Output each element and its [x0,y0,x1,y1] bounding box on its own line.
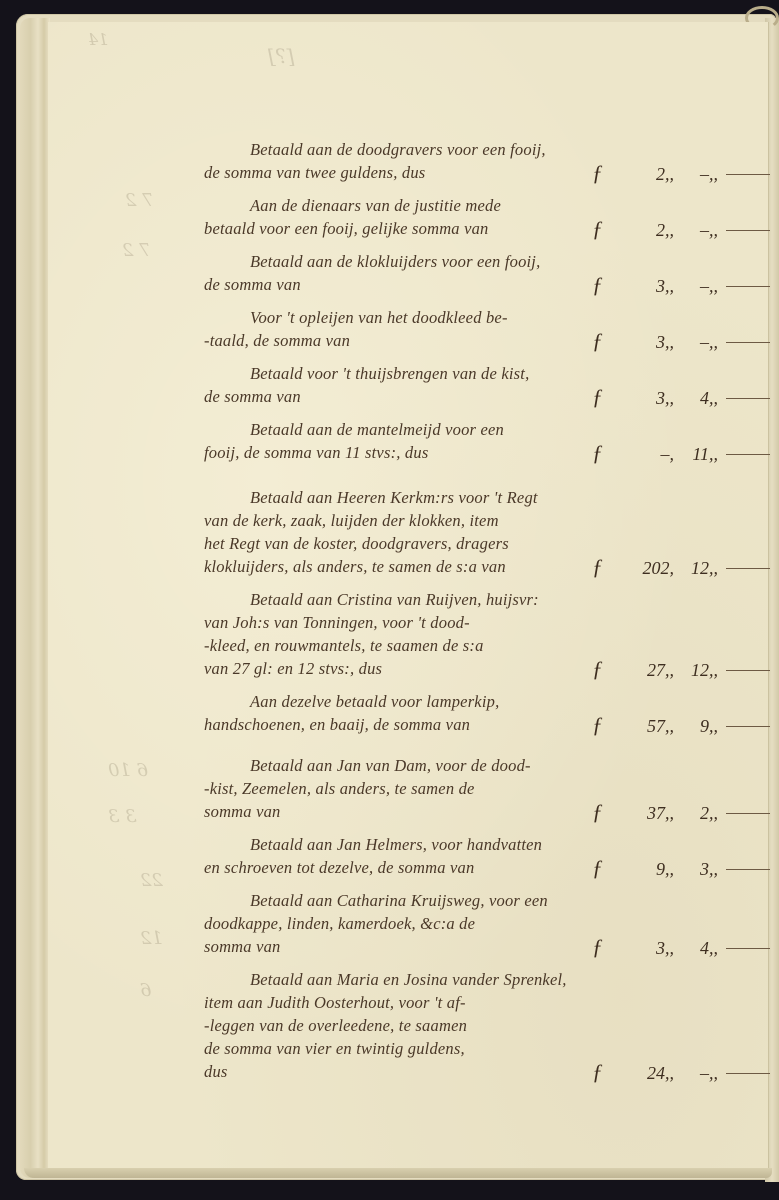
entry-amount: ƒ 3,, 4,, [592,934,770,960]
entry-line: Betaald aan de doodgravers voor een fooi… [200,138,760,161]
amount-guilders: –, [628,444,674,465]
ghost-mark: 7 2 [122,240,151,261]
entry-amount: ƒ 37,, 2,, [592,799,770,825]
amount-rule [726,230,770,231]
amount-guilders: 3,, [628,938,674,959]
amount-stuivers: 3,, [674,859,718,880]
florin-sign: ƒ [592,799,628,825]
entry-line: Betaald aan Jan van Dam, voor de dood- [200,754,760,777]
entry-line: Voor 't opleijen van het doodkleed be- [200,306,760,329]
entry-line: van Joh:s van Tonningen, voor 't dood- [200,611,760,634]
amount-guilders: 2,, [628,164,674,185]
florin-sign: ƒ [592,440,628,466]
amount-guilders: 202, [628,558,674,579]
page-bottom-edge [24,1168,772,1178]
amount-stuivers: 12,, [674,660,718,681]
florin-sign: ƒ [592,855,628,881]
entry-line: het Regt van de koster, doodgravers, dra… [200,532,760,555]
amount-rule [726,174,770,175]
amount-guilders: 57,, [628,716,674,737]
amount-stuivers: –,, [674,276,718,297]
amount-rule [726,398,770,399]
entry-line: Betaald aan de mantelmeijd voor een [200,418,760,441]
amount-stuivers: 11,, [674,444,718,465]
florin-sign: ƒ [592,1059,628,1085]
ledger-entry: Betaald voor 't thuijsbrengen van de kis… [200,362,760,408]
florin-sign: ƒ [592,712,628,738]
entry-line: Betaald voor 't thuijsbrengen van de kis… [200,362,760,385]
amount-guilders: 9,, [628,859,674,880]
amount-rule [726,454,770,455]
entry-line: doodkappe, linden, kamerdoek, &c:a de [200,912,760,935]
ledger-entry: Voor 't opleijen van het doodkleed be- -… [200,306,760,352]
amount-stuivers: 4,, [674,938,718,959]
entry-line: item aan Judith Oosterhout, voor 't af- [200,991,760,1014]
ledger-entry: Betaald aan Heeren Kerkm:rs voor 't Regt… [200,486,760,578]
amount-guilders: 3,, [628,276,674,297]
florin-sign: ƒ [592,656,628,682]
florin-sign: ƒ [592,934,628,960]
ledger-entry: Betaald aan Cristina van Ruijven, huijsv… [200,588,760,680]
ledger-entry: Betaald aan Jan van Dam, voor de dood- -… [200,754,760,823]
entry-amount: ƒ 3,, –,, [592,272,770,298]
entry-amount: ƒ 2,, –,, [592,160,770,186]
entry-line: Betaald aan Catharina Kruijsweg, voor ee… [200,889,760,912]
entry-line: Betaald aan Jan Helmers, voor handvatten [200,833,760,856]
ghost-mark: 6 10 [108,760,148,781]
entry-line: Betaald aan Cristina van Ruijven, huijsv… [200,588,760,611]
amount-guilders: 24,, [628,1063,674,1084]
entry-line: Betaald aan de klokluijders voor een foo… [200,250,760,273]
entry-amount: ƒ 57,, 9,, [592,712,770,738]
ledger-entry: Betaald aan Catharina Kruijsweg, voor ee… [200,889,760,958]
amount-rule [726,670,770,671]
amount-guilders: 37,, [628,803,674,824]
amount-rule [726,342,770,343]
entry-line: Betaald aan Maria en Josina vander Spren… [200,968,760,991]
ledger-entry: Aan dezelve betaald voor lamperkip, hand… [200,690,760,736]
amount-stuivers: –,, [674,332,718,353]
entry-line: -kleed, en rouwmantels, te saamen de s:a [200,634,760,657]
ghost-mark: 22 [140,870,163,891]
florin-sign: ƒ [592,160,628,186]
ghost-mark: 3 3 [108,806,137,827]
entry-amount: ƒ 27,, 12,, [592,656,770,682]
amount-rule [726,869,770,870]
entry-line: -leggen van de overleedene, te saamen [200,1014,760,1037]
ledger-entry: Betaald aan Maria en Josina vander Spren… [200,968,760,1083]
entry-line: de somma van vier en twintig guldens, [200,1037,760,1060]
amount-stuivers: –,, [674,220,718,241]
entry-amount: ƒ –, 11,, [592,440,770,466]
entry-line: -kist, Zeemelen, als anders, te samen de [200,777,760,800]
florin-sign: ƒ [592,328,628,354]
amount-guilders: 2,, [628,220,674,241]
ghost-mark-top: [?] [268,44,294,68]
amount-stuivers: 4,, [674,388,718,409]
page-edges [20,18,50,1178]
ghost-mark-page-number: 14 [88,30,108,49]
amount-stuivers: 12,, [674,558,718,579]
ledger-entries: Betaald aan de doodgravers voor een fooi… [200,138,760,1093]
amount-rule [726,948,770,949]
entry-line: Aan dezelve betaald voor lamperkip, [200,690,760,713]
ledger-entry: Betaald aan de doodgravers voor een fooi… [200,138,760,184]
amount-guilders: 27,, [628,660,674,681]
amount-rule [726,1073,770,1074]
ledger-entry: Betaald aan Jan Helmers, voor handvatten… [200,833,760,879]
entry-line: Betaald aan Heeren Kerkm:rs voor 't Regt [200,486,760,509]
entry-line: van de kerk, zaak, luijden der klokken, … [200,509,760,532]
ghost-mark: 6 [140,980,151,1001]
ledger-entry: Betaald aan de mantelmeijd voor een fooi… [200,418,760,464]
ghost-mark: 12 [140,928,163,949]
amount-rule [726,568,770,569]
amount-guilders: 3,, [628,332,674,353]
ghost-mark: 7 2 [125,190,154,211]
ledger-entry: Betaald aan de klokluijders voor een foo… [200,250,760,296]
amount-stuivers: –,, [674,164,718,185]
ledger-entry: Aan de dienaars van de justitie mede bet… [200,194,760,240]
entry-amount: ƒ 24,, –,, [592,1059,770,1085]
amount-stuivers: 9,, [674,716,718,737]
entry-amount: ƒ 3,, –,, [592,328,770,354]
entry-amount: ƒ 202, 12,, [592,554,770,580]
amount-rule [726,726,770,727]
amount-guilders: 3,, [628,388,674,409]
amount-rule [726,286,770,287]
florin-sign: ƒ [592,272,628,298]
entry-amount: ƒ 9,, 3,, [592,855,770,881]
entry-amount: ƒ 2,, –,, [592,216,770,242]
florin-sign: ƒ [592,384,628,410]
entry-line: Aan de dienaars van de justitie mede [200,194,760,217]
amount-rule [726,813,770,814]
florin-sign: ƒ [592,216,628,242]
amount-stuivers: –,, [674,1063,718,1084]
entry-amount: ƒ 3,, 4,, [592,384,770,410]
amount-stuivers: 2,, [674,803,718,824]
florin-sign: ƒ [592,554,628,580]
